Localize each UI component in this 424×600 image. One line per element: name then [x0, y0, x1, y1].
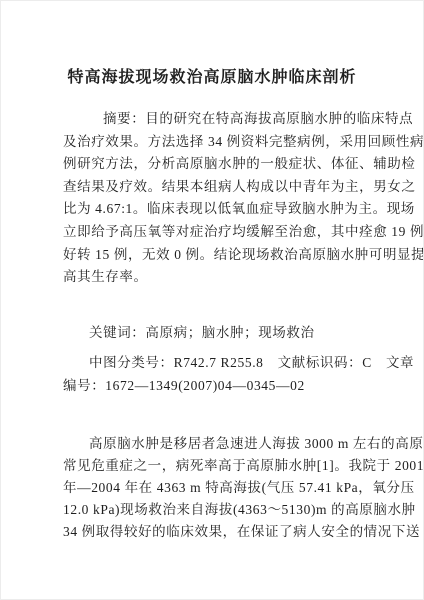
classification-paragraph: 中图分类号：R742.7 R255.8 文献标识码：C 文章 编号：1672—1…	[63, 351, 371, 397]
paper-page: 特高海拔现场救治高原脑水肿临床剖析 摘要：目的研究在特高海拔高原脑水肿的临床特点…	[0, 0, 424, 600]
body-line: 34 例取得较好的临床效果，在保证了病人安全的情况下送	[63, 521, 371, 543]
abstract-line: 立即给予高压氧等对症治疗均缓解至治愈，其中痊愈 19 例，	[63, 221, 371, 244]
abstract-line: 例研究方法，分析高原脑水肿的一般症状、体征、辅助检	[63, 153, 371, 176]
abstract-paragraph: 摘要：目的研究在特高海拔高原脑水肿的临床特点 及治疗效果。方法选择 34 例资料…	[63, 108, 371, 289]
keywords-paragraph: 关键词：高原病；脑水肿；现场救治	[63, 322, 371, 344]
abstract-line: 及治疗效果。方法选择 34 例资料完整病例，采用回顾性病	[63, 131, 371, 154]
body-line: 12.0 kPa)现场救治来自海拔(4363～5130)m 的高原脑水肿	[63, 499, 371, 521]
classification-line: 编号：1672—1349(2007)04—0345—02	[63, 374, 371, 397]
abstract-line: 摘要：目的研究在特高海拔高原脑水肿的临床特点	[63, 108, 371, 131]
abstract-line: 比为 4.67:1。临床表现以低氧血症导致脑水肿为主。现场	[63, 198, 371, 221]
abstract-line: 查结果及疗效。结果本组病人构成以中青年为主，男女之	[63, 176, 371, 199]
abstract-line: 好转 15 例，无效 0 例。结论现场救治高原脑水肿可明显提	[63, 244, 371, 267]
body-line: 常见危重症之一，病死率高于高原肺水肿[1]。我院于 2001	[63, 455, 371, 477]
body-line: 年—2004 年在 4363 m 特高海拔(气压 57.41 kPa，氧分压	[63, 477, 371, 499]
body-paragraph: 高原脑水肿是移居者急速进人海拔 3000 m 左右的高原 常见危重症之一，病死率…	[63, 433, 371, 543]
keywords-line: 关键词：高原病；脑水肿；现场救治	[63, 322, 371, 344]
classification-line: 中图分类号：R742.7 R255.8 文献标识码：C 文章	[63, 351, 371, 374]
abstract-line: 高其生存率。	[63, 266, 371, 289]
paper-title: 特高海拔现场救治高原脑水肿临床剖析	[1, 64, 423, 87]
body-line: 高原脑水肿是移居者急速进人海拔 3000 m 左右的高原	[63, 433, 371, 455]
